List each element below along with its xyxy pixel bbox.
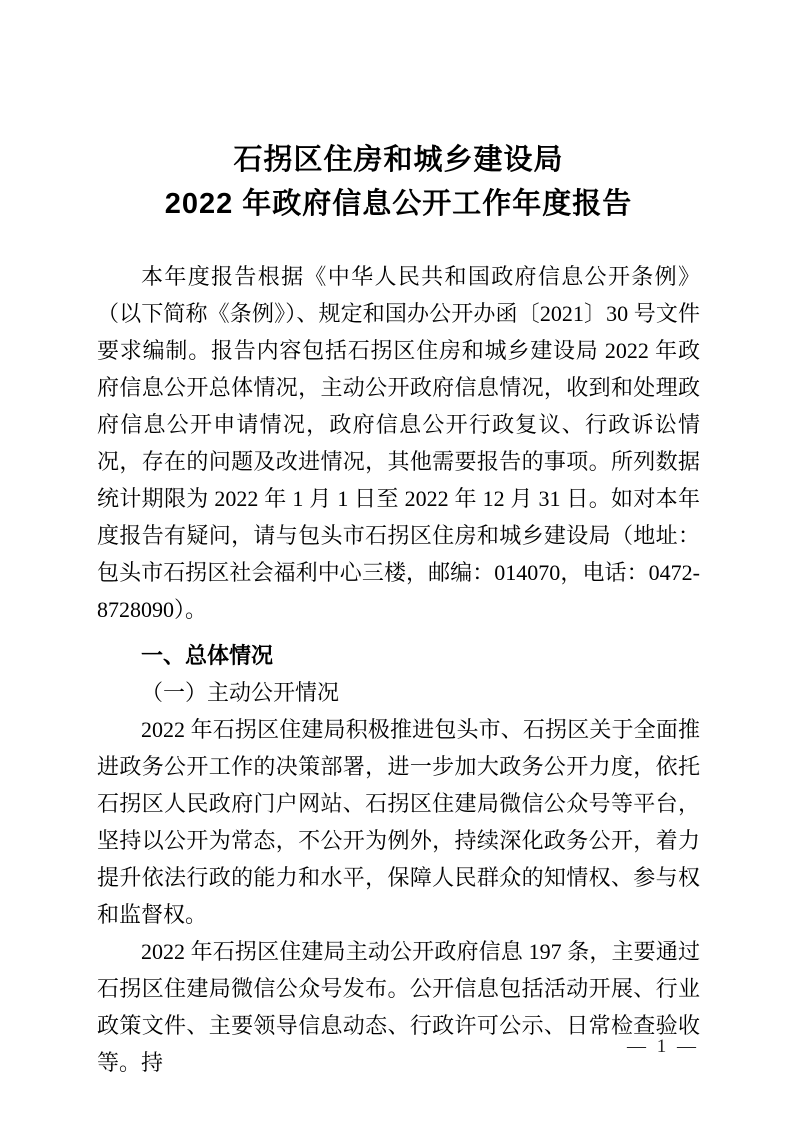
document-title: 石拐区住房和城乡建设局 2022 年政府信息公开工作年度报告 — [97, 138, 700, 226]
paragraph-report-intro: 本年度报告根据《中华人民共和国政府信息公开条例》（以下简称《条例》）、规定和国办… — [97, 258, 700, 628]
page-number: — 1 — — [627, 1036, 699, 1057]
document-page: 石拐区住房和城乡建设局 2022 年政府信息公开工作年度报告 本年度报告根据《中… — [0, 0, 793, 1122]
subsection-heading-proactive-disclosure: （一）主动公开情况 — [97, 674, 700, 711]
paragraph-policy-implementation: 2022 年石拐区住建局积极推进包头市、石拐区关于全面推进政务公开工作的决策部署… — [97, 711, 700, 933]
page-footer: — 1 — — [627, 1036, 699, 1058]
title-line-1: 石拐区住房和城乡建设局 — [97, 138, 700, 182]
title-line-2: 2022 年政府信息公开工作年度报告 — [97, 182, 700, 226]
paragraph-disclosure-statistics: 2022 年石拐区住建局主动公开政府信息 197 条，主要通过石拐区住建局微信公… — [97, 933, 700, 1081]
section-heading-overall-situation: 一、总体情况 — [97, 637, 700, 674]
document-body: 本年度报告根据《中华人民共和国政府信息公开条例》（以下简称《条例》）、规定和国办… — [97, 258, 700, 1081]
